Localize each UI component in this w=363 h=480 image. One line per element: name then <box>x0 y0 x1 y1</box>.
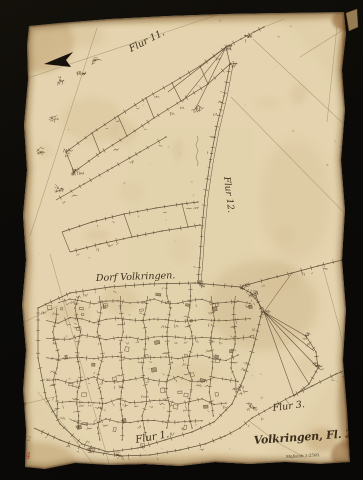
foxing-speck <box>192 194 194 196</box>
survey-point <box>201 337 202 338</box>
survey-point <box>93 423 94 424</box>
survey-point <box>305 335 307 337</box>
age-stain <box>169 360 217 388</box>
foxing-speck <box>149 164 151 166</box>
survey-point <box>93 402 94 403</box>
building-outline <box>65 355 68 359</box>
scanned-map-page: Flur 11. Flur 12. Dorf Volkringen. Flur … <box>0 0 363 480</box>
survey-point <box>80 331 81 332</box>
survey-point <box>81 318 82 319</box>
survey-point <box>120 343 121 344</box>
survey-point <box>197 201 198 202</box>
survey-point <box>65 151 67 153</box>
survey-point <box>213 404 214 405</box>
survey-point <box>242 285 244 287</box>
building-outline <box>214 355 218 359</box>
survey-point <box>57 187 59 189</box>
survey-point <box>105 381 106 382</box>
survey-point <box>249 405 251 407</box>
survey-point <box>57 403 58 404</box>
survey-point <box>153 380 154 381</box>
foxing-speck <box>292 130 294 132</box>
survey-point <box>237 381 238 382</box>
age-stain <box>16 90 32 410</box>
building-outline <box>203 405 208 408</box>
survey-point <box>69 357 70 358</box>
foxing-speck <box>277 36 279 38</box>
survey-point <box>247 36 249 38</box>
survey-point <box>355 365 356 366</box>
survey-point <box>143 379 144 380</box>
survey-point <box>37 357 38 358</box>
age-stain <box>85 229 109 241</box>
survey-point <box>100 391 101 392</box>
survey-point <box>230 367 231 368</box>
survey-point <box>122 415 123 416</box>
survey-point <box>69 292 70 293</box>
survey-point <box>58 355 59 356</box>
survey-point <box>69 401 70 402</box>
survey-point <box>189 307 190 308</box>
survey-point <box>144 355 145 356</box>
survey-point <box>177 422 178 423</box>
survey-point <box>169 415 170 416</box>
building-outline <box>92 363 96 366</box>
survey-point <box>57 323 58 324</box>
survey-point <box>99 243 100 244</box>
foxing-speck <box>150 292 151 293</box>
torn-corner-fragment <box>346 9 358 31</box>
survey-point <box>117 454 119 456</box>
survey-point <box>165 319 166 320</box>
survey-point <box>233 319 234 320</box>
survey-point <box>57 379 58 380</box>
foxing-speck <box>103 409 105 411</box>
survey-point <box>105 403 106 404</box>
survey-point <box>129 319 130 320</box>
survey-point <box>199 224 200 225</box>
survey-point <box>81 380 82 381</box>
survey-point <box>73 171 75 173</box>
survey-point <box>191 431 192 432</box>
foxing-speck <box>196 85 198 87</box>
survey-point <box>251 417 252 418</box>
survey-point <box>253 31 254 32</box>
survey-point <box>211 403 212 404</box>
foxing-speck <box>245 105 246 106</box>
foxing-speck <box>39 253 40 254</box>
age-stain <box>102 286 138 314</box>
survey-point <box>121 355 122 356</box>
survey-point <box>89 449 91 451</box>
survey-point <box>233 307 234 308</box>
survey-point <box>225 302 226 303</box>
survey-point <box>77 391 78 392</box>
survey-point <box>59 423 60 424</box>
boundary-line <box>342 254 363 260</box>
aging-stains <box>0 0 363 480</box>
survey-point <box>55 319 56 320</box>
survey-point <box>145 307 146 308</box>
survey-point <box>93 376 94 377</box>
survey-point <box>153 420 154 421</box>
survey-point <box>56 415 57 416</box>
survey-point <box>137 447 138 448</box>
survey-point <box>213 338 214 339</box>
survey-point <box>93 336 94 337</box>
survey-point <box>201 355 202 356</box>
survey-point <box>122 439 123 440</box>
survey-point <box>237 300 238 301</box>
survey-point <box>122 319 123 320</box>
survey-point <box>201 420 202 421</box>
survey-point <box>204 443 205 444</box>
survey-point <box>93 358 94 359</box>
survey-point <box>191 427 192 428</box>
survey-point <box>191 331 192 332</box>
survey-point <box>190 391 191 392</box>
foxing-speck <box>178 288 179 289</box>
survey-point <box>211 331 212 332</box>
survey-point <box>212 367 213 368</box>
survey-point <box>144 427 145 428</box>
survey-point <box>170 307 171 308</box>
survey-point <box>253 344 254 345</box>
survey-point <box>97 427 98 428</box>
age-stain <box>254 98 280 108</box>
survey-point <box>191 379 192 380</box>
age-stain <box>261 263 299 293</box>
building-outline <box>229 350 232 353</box>
survey-point <box>192 343 193 344</box>
survey-point <box>117 337 118 338</box>
survey-point <box>142 319 143 320</box>
survey-point <box>169 403 170 404</box>
survey-point <box>188 403 189 404</box>
survey-point <box>97 331 98 332</box>
survey-point <box>55 391 56 392</box>
survey-point <box>190 295 191 296</box>
survey-point <box>117 381 118 382</box>
survey-point <box>76 355 77 356</box>
survey-point <box>249 303 250 304</box>
survey-point <box>37 149 39 151</box>
survey-point <box>237 354 238 355</box>
foxing-speck <box>145 450 146 451</box>
survey-point <box>57 339 58 340</box>
survey-point <box>146 391 147 392</box>
survey-point <box>81 443 82 444</box>
survey-point <box>102 355 103 356</box>
survey-point <box>267 278 268 279</box>
survey-point <box>149 283 150 284</box>
survey-point <box>165 381 166 382</box>
survey-point <box>120 307 121 308</box>
survey-point <box>249 336 250 337</box>
survey-point <box>201 319 202 320</box>
foxing-speck <box>163 455 164 456</box>
survey-point <box>311 385 312 386</box>
survey-point <box>240 38 241 39</box>
survey-point <box>107 451 108 452</box>
survey-point <box>45 397 46 398</box>
survey-point <box>117 318 118 319</box>
survey-point <box>237 319 238 320</box>
survey-point <box>263 311 265 313</box>
survey-point <box>201 227 202 228</box>
survey-point <box>213 377 214 378</box>
survey-point <box>53 379 54 380</box>
survey-point <box>79 367 80 368</box>
survey-point <box>165 422 166 423</box>
survey-point <box>168 319 169 320</box>
survey-point <box>93 322 94 323</box>
survey-point <box>195 107 197 109</box>
survey-point <box>187 367 188 368</box>
cadastral-map-canvas: Flur 11. Flur 12. Dorf Volkringen. Flur … <box>0 0 363 480</box>
age-stain <box>296 357 316 375</box>
survey-point <box>81 334 82 335</box>
survey-point <box>117 300 118 301</box>
foxing-speck <box>337 381 339 383</box>
survey-point <box>194 282 195 283</box>
survey-point <box>153 357 154 358</box>
survey-point <box>59 79 61 81</box>
foxing-speck <box>168 267 169 268</box>
survey-point <box>213 415 214 416</box>
survey-point <box>51 117 53 119</box>
faint-survey-line <box>342 254 363 260</box>
survey-point <box>129 422 130 423</box>
survey-point <box>225 402 226 403</box>
survey-point <box>168 355 169 356</box>
survey-point <box>214 319 215 320</box>
age-stain <box>260 140 330 260</box>
survey-point <box>117 356 118 357</box>
survey-point <box>239 389 241 391</box>
survey-point <box>289 396 290 397</box>
survey-point <box>215 129 216 130</box>
building-outline <box>249 305 253 309</box>
survey-point <box>230 63 232 65</box>
survey-point <box>123 379 124 380</box>
foxing-speck <box>65 335 67 337</box>
survey-point <box>235 379 236 380</box>
survey-point <box>123 331 124 332</box>
survey-point <box>111 167 112 168</box>
building-outline <box>156 293 161 296</box>
survey-point <box>121 391 122 392</box>
survey-point <box>269 407 270 408</box>
survey-point <box>177 376 178 377</box>
survey-point <box>105 319 106 320</box>
survey-point <box>83 183 84 184</box>
survey-point <box>129 358 130 359</box>
survey-point <box>94 59 96 61</box>
survey-point <box>177 337 178 338</box>
survey-point <box>77 343 78 344</box>
survey-point <box>129 402 130 403</box>
survey-point <box>177 303 178 304</box>
survey-point <box>69 339 70 340</box>
building-outline <box>190 320 192 323</box>
survey-point <box>224 435 225 436</box>
survey-point <box>209 161 210 162</box>
survey-point <box>109 286 110 287</box>
survey-point <box>204 195 205 196</box>
survey-point <box>213 358 214 359</box>
survey-point <box>145 343 146 344</box>
survey-point <box>213 421 214 422</box>
survey-point <box>225 320 226 321</box>
survey-point <box>141 357 142 358</box>
building-outline <box>77 425 82 429</box>
survey-point <box>153 318 154 319</box>
survey-point <box>315 365 317 367</box>
survey-point <box>80 379 81 380</box>
foxing-speck <box>191 181 193 183</box>
foxing-speck <box>326 164 328 166</box>
survey-point <box>99 415 100 416</box>
survey-point <box>166 295 167 296</box>
survey-point <box>149 454 150 455</box>
survey-point <box>308 383 309 384</box>
survey-point <box>74 307 75 308</box>
survey-point <box>78 415 79 416</box>
survey-point <box>129 337 130 338</box>
survey-point <box>189 380 190 381</box>
survey-point <box>234 343 235 344</box>
survey-point <box>231 355 232 356</box>
survey-point <box>223 95 224 96</box>
survey-point <box>261 311 262 312</box>
foxing-speck <box>69 418 71 420</box>
survey-point <box>199 257 200 258</box>
survey-point <box>105 339 106 340</box>
survey-point <box>201 398 202 399</box>
survey-point <box>249 318 250 319</box>
survey-point <box>177 358 178 359</box>
age-stain <box>172 138 184 162</box>
survey-point <box>69 298 70 299</box>
age-stain <box>120 181 144 203</box>
survey-tick <box>349 366 351 371</box>
survey-point <box>121 367 122 368</box>
foxing-speck <box>219 20 221 22</box>
building-outline <box>185 304 190 307</box>
survey-point <box>235 331 236 332</box>
foxing-speck <box>142 105 144 107</box>
survey-point <box>99 319 100 320</box>
survey-point <box>189 338 190 339</box>
survey-point <box>102 403 103 404</box>
survey-point <box>69 317 70 318</box>
survey-point <box>237 338 238 339</box>
survey-point <box>129 302 130 303</box>
foxing-speck <box>261 397 264 400</box>
survey-point <box>81 300 82 301</box>
survey-point <box>335 373 336 374</box>
survey-point <box>225 360 226 361</box>
survey-point <box>167 343 168 344</box>
age-stain <box>168 234 194 264</box>
survey-point <box>146 403 147 404</box>
survey-point <box>317 265 318 266</box>
survey-point <box>231 403 232 404</box>
survey-point <box>153 400 154 401</box>
survey-point <box>129 379 130 380</box>
foxing-speck <box>260 373 262 375</box>
age-stain <box>109 120 137 146</box>
survey-point <box>187 319 188 320</box>
survey-point <box>142 367 143 368</box>
survey-point <box>99 439 100 440</box>
rust-streak <box>347 370 349 445</box>
survey-point <box>117 421 118 422</box>
survey-point <box>93 303 94 304</box>
survey-point <box>189 401 190 402</box>
survey-point <box>235 391 236 392</box>
survey-point <box>225 379 226 380</box>
survey-point <box>165 336 166 337</box>
rust-streak <box>343 20 345 95</box>
survey-point <box>170 367 171 368</box>
survey-point <box>105 356 106 357</box>
paper-sheet: Flur 11. Flur 12. Dorf Volkringen. Flur … <box>0 0 363 480</box>
building-outline <box>154 340 159 344</box>
survey-point <box>210 343 211 344</box>
survey-point <box>179 449 180 450</box>
survey-point <box>239 427 240 428</box>
survey-point <box>141 339 142 340</box>
foxing-speck <box>290 25 292 27</box>
survey-point <box>37 307 38 308</box>
survey-point <box>315 351 316 352</box>
foxing-speck <box>88 257 90 259</box>
survey-point <box>59 439 60 440</box>
survey-point <box>81 402 82 403</box>
survey-point <box>165 391 166 392</box>
survey-point <box>101 307 102 308</box>
foxing-speck <box>166 219 167 220</box>
foxing-speck <box>148 368 150 370</box>
survey-point <box>105 418 106 419</box>
survey-point <box>99 367 100 368</box>
survey-point <box>52 331 53 332</box>
building-outline <box>151 367 157 372</box>
survey-point <box>141 377 142 378</box>
survey-point <box>177 321 178 322</box>
survey-point <box>155 207 156 208</box>
survey-point <box>239 286 240 287</box>
survey-point <box>225 339 226 340</box>
survey-point <box>188 415 189 416</box>
survey-point <box>201 299 202 300</box>
survey-point <box>120 403 121 404</box>
survey-point <box>141 401 142 402</box>
foxing-speck <box>334 140 336 142</box>
survey-point <box>166 331 167 332</box>
survey-point <box>165 356 166 357</box>
survey-point <box>225 46 227 48</box>
foxing-speck <box>68 377 71 380</box>
survey-point <box>255 295 256 296</box>
foxing-speck <box>275 67 276 68</box>
foxing-speck <box>129 314 131 316</box>
survey-point <box>165 136 166 137</box>
survey-point <box>153 298 154 299</box>
age-stain <box>274 227 294 243</box>
